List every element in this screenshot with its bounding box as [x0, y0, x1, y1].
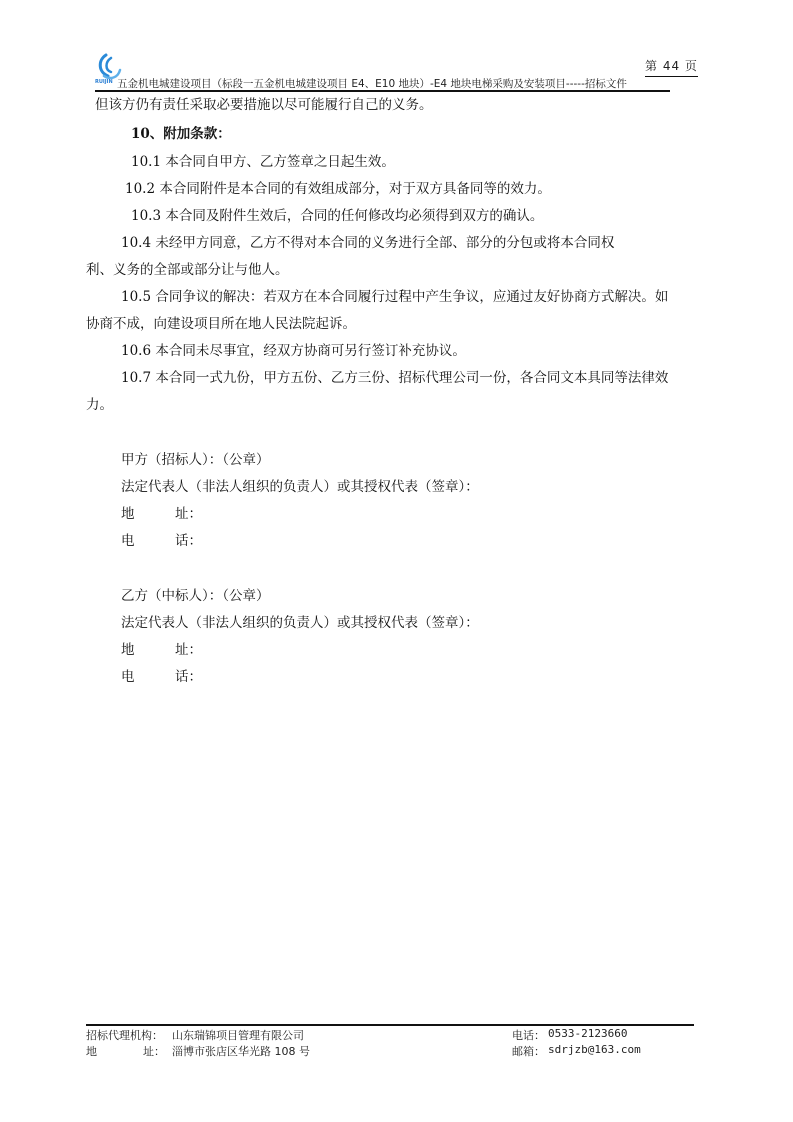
footer-email-label: 邮箱：: [512, 1043, 545, 1059]
continuation-text: 但该方仍有责任采取必要措施以尽可能履行自己的义务。: [95, 93, 433, 113]
clause-10-4-cont: 利、义务的全部或部分让与他人。: [86, 258, 289, 278]
clause-10-6: 10.6 本合同未尽事宜，经双方协商可另行签订补充协议。: [121, 339, 466, 359]
party-a-title: 甲方（招标人）：（公章）: [121, 448, 270, 468]
clause-10-2: 10.2 本合同附件是本合同的有效组成部分，对于双方具备同等的效力。: [125, 177, 551, 197]
party-b-address-label-2: 址：: [175, 638, 202, 658]
party-b-representative: 法定代表人（非法人组织的负责人）或其授权代表（签章）：: [121, 611, 479, 631]
header-divider: [95, 90, 670, 92]
clause-10-4: 10.4 未经甲方同意，乙方不得对本合同的义务进行全部、部分的分包或将本合同权: [121, 231, 614, 251]
party-b-phone-label-2: 话：: [175, 665, 202, 685]
page-number: 第 44 页: [645, 57, 698, 77]
party-a-representative: 法定代表人（非法人组织的负责人）或其授权代表（签章）：: [121, 475, 479, 495]
clause-10-5: 10.5 合同争议的解决：若双方在本合同履行过程中产生争议，应通过友好协商方式解…: [121, 285, 668, 305]
clause-10-1: 10.1 本合同自甲方、乙方签章之日起生效。: [131, 150, 395, 170]
footer-email: sdrjzb@163.com: [548, 1043, 641, 1056]
footer-phone: 0533-2123660: [548, 1027, 627, 1040]
party-a-address-label-1: 地: [121, 502, 135, 522]
logo-text: RUIJIN: [95, 79, 113, 85]
document-header-title: 五金机电城建设项目（标段一五金机电城建设项目 E4、E10 地块）-E4 地块电…: [117, 76, 627, 91]
footer-agency-label: 招标代理机构：: [86, 1027, 163, 1043]
party-a-address-label-2: 址：: [175, 502, 202, 522]
clause-10-3: 10.3 本合同及附件生效后，合同的任何修改均必须得到双方的确认。: [131, 204, 543, 224]
party-b-phone-label-1: 电: [121, 665, 135, 685]
footer-address-label-1: 地: [86, 1043, 97, 1059]
footer-phone-label: 电话：: [512, 1027, 545, 1043]
footer-address: 淄博市张店区华光路 108 号: [172, 1043, 310, 1059]
party-b-title: 乙方（中标人）：（公章）: [121, 584, 270, 604]
party-a-phone-label-2: 话：: [175, 529, 202, 549]
clause-10-7: 10.7 本合同一式九份，甲方五份、乙方三份、招标代理公司一份，各合同文本具同等…: [121, 366, 668, 386]
footer-address-label-2: 址：: [143, 1043, 165, 1059]
section-title: 10、附加条款：: [131, 122, 231, 142]
clause-10-5-cont: 协商不成，向建设项目所在地人民法院起诉。: [86, 312, 356, 332]
footer-agency-name: 山东瑞锦项目管理有限公司: [172, 1027, 304, 1043]
footer-divider: [86, 1024, 694, 1026]
clause-10-7-cont: 力。: [86, 393, 113, 413]
party-a-phone-label-1: 电: [121, 529, 135, 549]
party-b-address-label-1: 地: [121, 638, 135, 658]
